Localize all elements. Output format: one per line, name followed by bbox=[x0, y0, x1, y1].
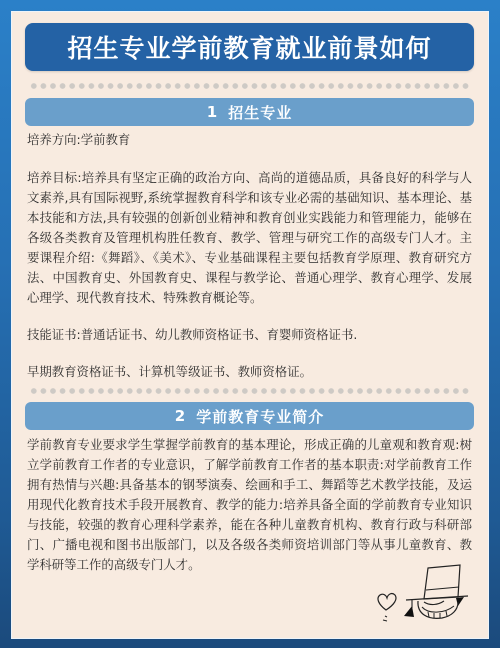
heart-and-top-hat-character-icon bbox=[372, 554, 482, 634]
section-enrollment-major: 1 招生专业 培养方向:学前教育 培养目标:培养具有坚定正确的政治方向、高尚的道… bbox=[25, 98, 474, 382]
top-hat-icon bbox=[424, 565, 460, 599]
section-header-1: 1 招生专业 bbox=[25, 98, 474, 126]
heart-icon bbox=[378, 594, 396, 610]
section-major-intro: 2 学前教育专业简介 学前教育专业要求学生掌握学前教育的基本理论，形成正确的儿童… bbox=[25, 402, 474, 575]
training-direction: 培养方向:学前教育 bbox=[25, 130, 474, 150]
section-heading: 招生专业 bbox=[228, 102, 292, 123]
skill-certificates: 技能证书:普通话证书、幼儿教师资格证书、育婴师资格证书. bbox=[25, 325, 474, 345]
page-title-text: 招生专业学前教育就业前景如何 bbox=[67, 29, 431, 65]
dotted-divider bbox=[29, 387, 470, 395]
section-heading: 学前教育专业简介 bbox=[196, 406, 324, 427]
page-title: 招生专业学前教育就业前景如何 bbox=[25, 23, 474, 71]
content-panel: 招生专业学前教育就业前景如何 1 招生专业 培养方向:学前教育 培养目标:培养具… bbox=[11, 11, 489, 639]
section-number: 2 bbox=[175, 407, 186, 425]
early-education-certificates: 早期教育资格证书、计算机等级证书、教师资格证。 bbox=[25, 362, 474, 382]
section-number: 1 bbox=[207, 103, 218, 121]
dotted-divider bbox=[29, 82, 470, 90]
section-header-2: 2 学前教育专业简介 bbox=[25, 402, 474, 430]
page-frame: 招生专业学前教育就业前景如何 1 招生专业 培养方向:学前教育 培养目标:培养具… bbox=[0, 0, 500, 648]
training-goal: 培养目标:培养具有坚定正确的政治方向、高尚的道德品质，具备良好的科学与人文素养,… bbox=[25, 168, 474, 308]
